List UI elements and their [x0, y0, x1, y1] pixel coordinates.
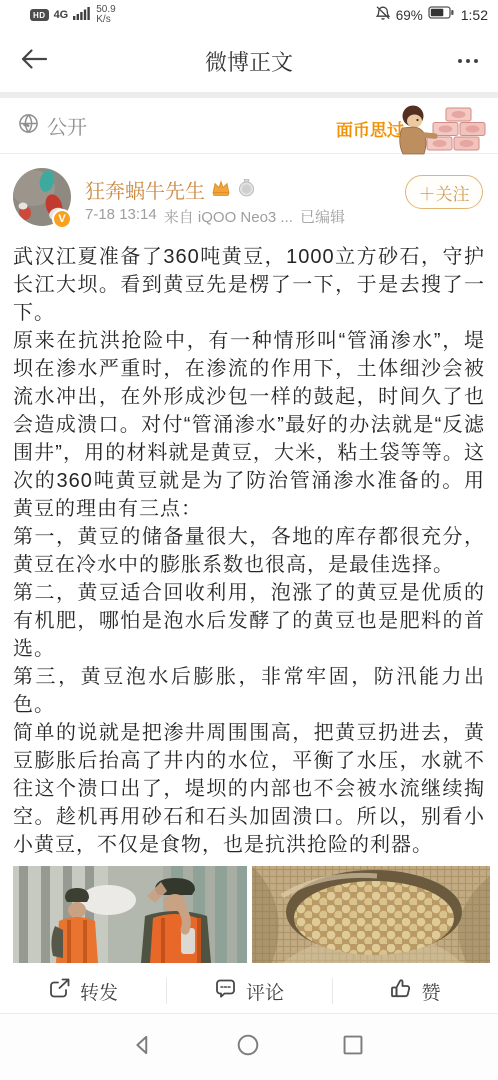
post-image-flood-rescue[interactable]: [13, 866, 247, 963]
network-speed: 50.9 K/s: [96, 5, 115, 25]
comment-icon: [214, 978, 237, 1005]
post-paragraph: 第二，黄豆适合回收利用，泡涨了的黄豆是优质的有机肥，哪怕是泡水后发酵了的黄豆也是…: [13, 579, 485, 663]
network-type-label: 4G: [54, 9, 69, 21]
post-body: 武汉江夏准备了360吨黄豆，1000立方砂石，守护长江大坝。看到黄豆先是楞了一下…: [13, 243, 485, 859]
globe-icon: [18, 113, 39, 139]
follow-button[interactable]: ＋关注: [405, 175, 483, 209]
repost-icon: [48, 978, 71, 1005]
repost-label: 转发: [80, 978, 118, 1005]
android-nav-bar: [0, 1013, 498, 1080]
like-button[interactable]: 赞: [332, 970, 498, 1012]
post-paragraph: 第三，黄豆泡水后膨胀，非常牢固，防汛能力出色。: [13, 663, 485, 719]
phone-screen: HD 4G 50.9 K/s 69%: [0, 0, 498, 1080]
comment-button[interactable]: 评论: [166, 970, 332, 1012]
like-icon: [389, 978, 412, 1005]
post-meta: 7-18 13:14 来自 iQOO Neo3 ... 已编辑: [85, 206, 345, 227]
verified-badge: V: [52, 209, 72, 229]
signal-bars-icon: [73, 6, 91, 25]
post-paragraph: 第一，黄豆的储备量很大，各地的库存都很充分，黄豆在冷水中的膨胀系数也很高，是最佳…: [13, 523, 485, 579]
post-paragraph: 武汉江夏准备了360吨黄豆，1000立方砂石，守护长江大坝。看到黄豆先是楞了一下…: [13, 243, 485, 327]
money-brick-sticker: 面币思过: [336, 104, 493, 161]
like-label: 赞: [421, 978, 440, 1005]
visibility-row: 公开 面币思过: [0, 98, 498, 154]
android-recents-icon[interactable]: [340, 1032, 366, 1063]
mute-bell-icon: [375, 5, 391, 26]
edited-label: 已编辑: [300, 206, 345, 227]
post-paragraph: 原来在抗洪抢险中，有一种情形叫“管涌渗水”，堤坝在渗水严重时，在渗流的作用下，土…: [13, 327, 485, 523]
android-back-icon[interactable]: [130, 1032, 156, 1063]
nav-bar: 微博正文: [0, 30, 498, 92]
battery-percent-label: 69%: [396, 8, 423, 23]
hd-icon: HD: [30, 9, 49, 21]
comment-label: 评论: [246, 978, 284, 1005]
action-bar: 转发 评论 赞: [0, 970, 498, 1012]
repost-button[interactable]: 转发: [0, 970, 166, 1012]
visibility-label: 公开: [47, 111, 87, 140]
clock-label: 1:52: [461, 7, 488, 23]
status-bar: HD 4G 50.9 K/s 69%: [0, 0, 498, 30]
author-row: V 狂奔蜗牛先生 7-18 13:14 来自 iQOO Neo3 ...: [0, 155, 498, 243]
back-icon[interactable]: [20, 47, 48, 76]
page-title: 微博正文: [0, 46, 498, 77]
battery-icon: [428, 6, 454, 24]
more-icon[interactable]: [458, 59, 478, 63]
post-paragraph: 简单的说就是把渗井周围围高，把黄豆扔进去，黄豆膨胀后抬高了井内的水位，平衡了水压…: [13, 719, 485, 859]
sticker-text: 面币思过: [336, 120, 404, 140]
post-image-soybeans[interactable]: [252, 866, 490, 963]
post-source: 来自 iQOO Neo3 ...: [164, 206, 293, 227]
medal-badge-icon: [237, 178, 256, 202]
post-date: 7-18 13:14: [85, 206, 157, 227]
author-name[interactable]: 狂奔蜗牛先生: [85, 175, 205, 204]
android-home-icon[interactable]: [235, 1032, 261, 1063]
post-images: [13, 866, 490, 963]
crown-badge-icon: [211, 179, 231, 201]
